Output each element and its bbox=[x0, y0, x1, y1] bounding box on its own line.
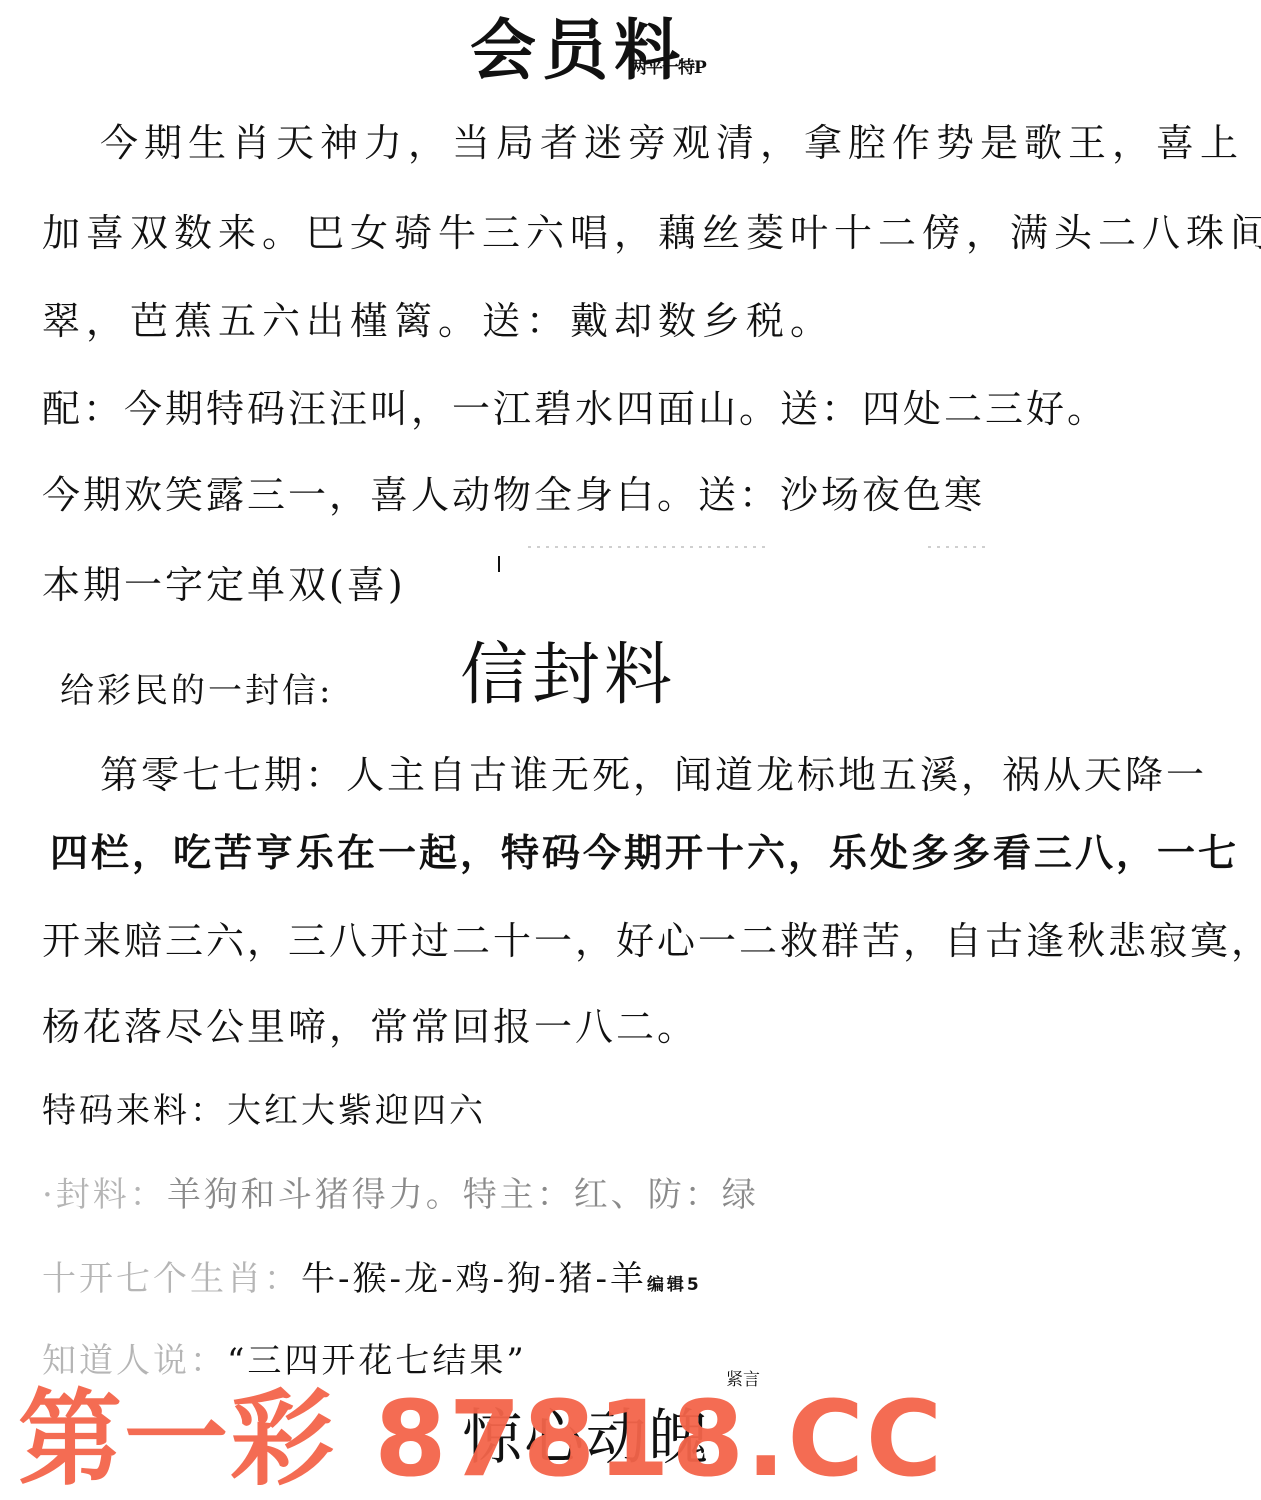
joy-line: 今期欢笑露三一，喜人动物全身白。送：沙场夜色寒 bbox=[42, 472, 985, 518]
envelope-material-text: 羊狗和斗猪得力。特主：红、防：绿 bbox=[167, 1175, 759, 1215]
letter-line-3: 开来赔三六，三八开过二十一，好心一二救群苦，自古逢秋悲寂寞， bbox=[42, 918, 1261, 964]
letter-line-1: 第零七七期：人主自古谁无死，闻道龙标地五溪，祸从天降一 bbox=[100, 752, 1207, 798]
seven-zodiac-line: 十开七个生肖：牛-猴-龙-鸡-狗-猪-羊编辑5 bbox=[42, 1256, 702, 1302]
member-poem-line-2: 加喜双数来。巴女骑牛三六唱，藕丝菱叶十二傍，满头二八珠间 bbox=[42, 210, 1261, 256]
pair-line: 配：今期特码汪汪叫，一江碧水四面山。送：四处二三好。 bbox=[42, 386, 1108, 432]
special-source-line: 特码来料：大红大紫迎四六 bbox=[42, 1088, 486, 1134]
site-watermark: 第一彩 87818.CC bbox=[18, 1383, 944, 1495]
scan-tick-mark bbox=[498, 556, 500, 572]
member-section-title: 会员料 bbox=[470, 10, 686, 90]
letter-line-4: 杨花落尽公里啼，常常回报一八二。 bbox=[42, 1004, 698, 1050]
letter-line-2: 四栏，吃苦亨乐在一起，特码今期开十六，乐处多多看三八，一七 bbox=[50, 830, 1239, 876]
envelope-heading: 信封料 bbox=[460, 636, 676, 716]
editor-tag: 编辑5 bbox=[647, 1275, 702, 1295]
seven-zodiac-prefix: 十开七个生肖： bbox=[42, 1259, 301, 1299]
member-poem-line-3: 翠，芭蕉五六出槿篱。送：戴却数乡税。 bbox=[42, 298, 834, 344]
envelope-material-prefix: ·封料： bbox=[42, 1175, 167, 1215]
odd-even-line: 本期一字定单双(喜) bbox=[42, 562, 406, 608]
member-title-overlay: 两平一特P bbox=[630, 58, 706, 78]
envelope-intro: 给彩民的一封信: bbox=[60, 668, 333, 714]
insider-quote-text: “三四开花七结果” bbox=[227, 1341, 527, 1381]
member-poem-line-1: 今期生肖天神力，当局者迷旁观清，拿腔作势是歌王，喜上 bbox=[100, 120, 1244, 166]
envelope-material-line: ·封料：羊狗和斗猪得力。特主：红、防：绿 bbox=[42, 1172, 759, 1218]
insider-quote-prefix: 知道人说： bbox=[42, 1341, 227, 1381]
scan-noise-left bbox=[528, 546, 768, 548]
seven-zodiac-text: 牛-猴-龙-鸡-狗-猪-羊 bbox=[301, 1259, 647, 1299]
scan-noise-right bbox=[928, 546, 988, 548]
